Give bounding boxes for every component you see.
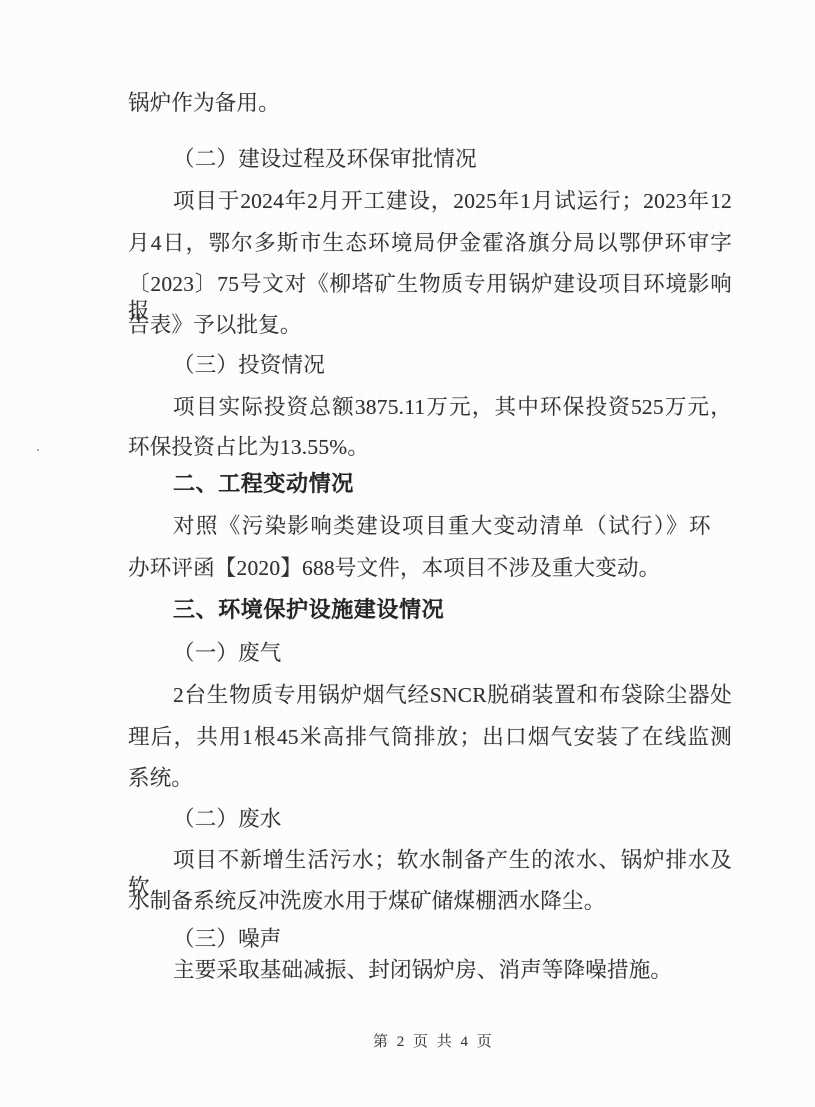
body-line: 月4日，鄂尔多斯市生态环境局伊金霍洛旗分局以鄂伊环审字 [128, 230, 732, 257]
body-line: 项目于2024年2月开工建设，2025年1月试运行；2023年12 [128, 188, 732, 215]
subsection-heading: （一）废气 [128, 640, 732, 667]
body-line: 环保投资占比为13.55%。 [128, 434, 732, 461]
body-line: 水制备系统反冲洗废水用于煤矿储煤棚洒水降尘。 [128, 888, 732, 915]
body-line: 2台生物质专用锅炉烟气经SNCR脱硝装置和布袋除尘器处 [128, 682, 732, 709]
page-footer: 第 2 页 共 4 页 [373, 1030, 494, 1051]
body-line: 告表》予以批复。 [128, 312, 732, 339]
section-heading: 二、工程变动情况 [128, 470, 732, 497]
subsection-heading: （二）废水 [128, 806, 732, 833]
body-line: 对照《污染影响类建设项目重大变动清单（试行）》环 [128, 513, 732, 540]
document-page: 锅炉作为备用。 （二）建设过程及环保审批情况 项目于2024年2月开工建设，20… [0, 0, 815, 1107]
body-line: 锅炉作为备用。 [128, 90, 732, 117]
body-line: 项目实际投资总额3875.11万元，其中环保投资525万元， [128, 394, 732, 421]
section-heading: 三、环境保护设施建设情况 [128, 596, 732, 623]
scan-speck [37, 449, 39, 451]
body-line: 系统。 [128, 765, 732, 792]
subsection-heading: （二）建设过程及环保审批情况 [128, 146, 732, 173]
body-line: 主要采取基础减振、封闭锅炉房、消声等降噪措施。 [128, 957, 732, 984]
subsection-heading: （三）投资情况 [128, 352, 732, 379]
body-line: 办环评函【2020】688号文件，本项目不涉及重大变动。 [128, 555, 732, 582]
subsection-heading: （三）噪声 [128, 926, 732, 953]
body-line: 理后，共用1根45米高排气筒排放；出口烟气安装了在线监测 [128, 724, 732, 751]
